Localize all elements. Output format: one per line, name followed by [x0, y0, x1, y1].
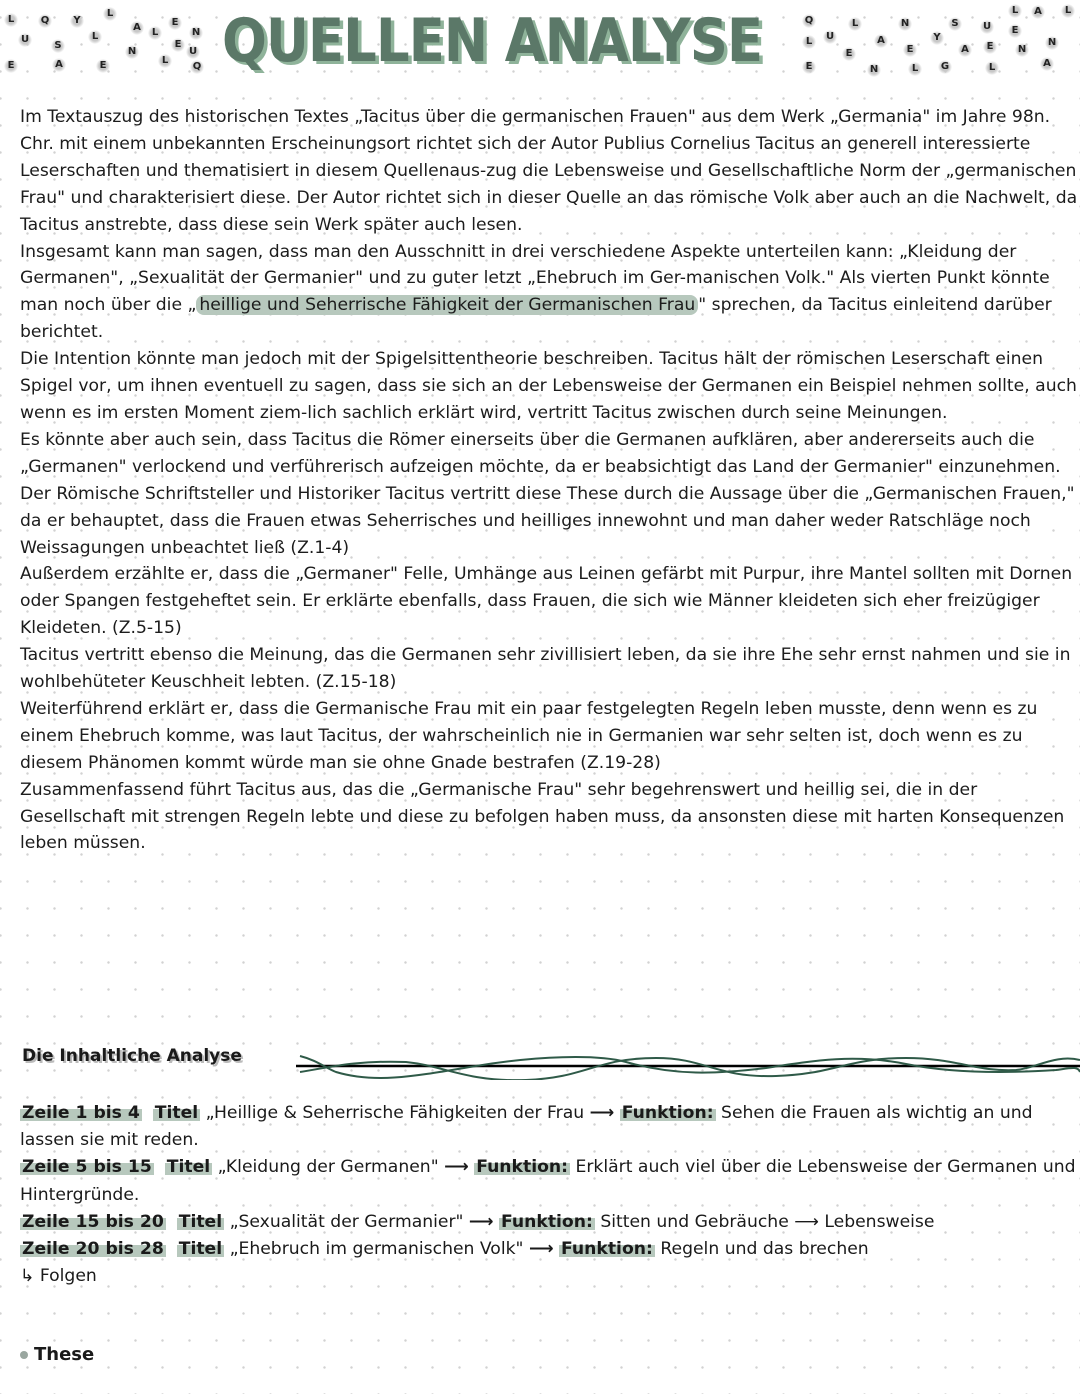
analysis-row: Zeile 20 bis 28 Titel „Ehebruch im germa… — [20, 1236, 1078, 1290]
section-title: „Sexualität der Germanier" — [230, 1212, 464, 1232]
thesis-support-paragraph: Der Römische Schriftsteller und Historik… — [20, 481, 1080, 562]
deco-letter: L — [103, 7, 117, 21]
decorative-letters-right: Q L N S U L A L L U A Y E E E A E N N E … — [800, 0, 1080, 80]
consequence-note: ↳ Folgen — [20, 1266, 97, 1286]
deco-letter: S — [51, 39, 65, 53]
deco-letter: A — [52, 58, 66, 72]
clothing-paragraph: Außerdem erzählte er, dass die „Germaner… — [20, 561, 1080, 642]
analysis-row: Zeile 5 bis 15 Titel „Kleidung der Germa… — [20, 1154, 1078, 1208]
deco-letter: L — [985, 61, 999, 75]
wavy-divider — [296, 1046, 1080, 1080]
deco-letter: E — [903, 43, 917, 57]
highlighted-aspect: heillige und Seherrische Fähigkeit der G… — [196, 295, 698, 315]
function-label: Funktion: — [559, 1239, 655, 1259]
deco-letter: N — [1015, 43, 1029, 57]
deco-letter: E — [842, 47, 856, 61]
source-analysis-text: Im Textauszug des historischen Textes „T… — [20, 104, 1080, 857]
deco-letter: L — [1008, 4, 1022, 18]
deco-letter: U — [186, 45, 200, 59]
arrow-right-icon: ⟶ — [529, 1239, 554, 1259]
deco-letter: A — [1040, 57, 1054, 71]
deco-letter: U — [18, 33, 32, 47]
marriage-paragraph: Tacitus vertritt ebenso die Meinung, das… — [20, 642, 1080, 696]
deco-letter: A — [130, 21, 144, 35]
analysis-row: Zeile 15 bis 20 Titel „Sexualität der Ge… — [20, 1209, 1078, 1236]
function-label: Funktion: — [474, 1157, 570, 1177]
deco-letter: E — [171, 38, 185, 52]
analysis-row: Zeile 1 bis 4 Titel „Heillige & Seherris… — [20, 1100, 1078, 1154]
section-title: „Kleidung der Germanen" — [218, 1157, 439, 1177]
deco-letter: A — [1031, 5, 1045, 19]
deco-letter: N — [1045, 36, 1059, 50]
line-range: Zeile 1 bis 4 — [20, 1103, 142, 1123]
section-title: „Heillige & Seherrische Fähigkeiten der … — [206, 1103, 585, 1123]
deco-letter: G — [938, 60, 952, 74]
intention-paragraph: Die Intention könnte man jedoch mit der … — [20, 346, 1080, 427]
summary-paragraph: Zusammenfassend führt Tacitus aus, das d… — [20, 777, 1080, 858]
title-label: Titel — [177, 1239, 224, 1259]
title-label: Titel — [165, 1157, 212, 1177]
deco-letter: L — [88, 30, 102, 44]
deco-letter: E — [802, 60, 816, 74]
decorative-letters-left: L Q Y L U S L A E L N E E A N E U L Q — [0, 0, 220, 80]
deco-letter: N — [898, 17, 912, 31]
arrow-right-icon: ⟶ — [469, 1212, 494, 1232]
deco-letter: L — [848, 17, 862, 31]
deco-letter: L — [802, 35, 816, 49]
deco-letter: U — [980, 20, 994, 34]
line-range: Zeile 15 bis 20 — [20, 1212, 166, 1232]
deco-letter: E — [168, 16, 182, 30]
deco-letter: E — [96, 59, 110, 73]
page-title: QUELLEN ANALYSE — [222, 6, 762, 76]
deco-letter: L — [148, 26, 162, 40]
deco-letter: A — [874, 34, 888, 48]
arrow-right-icon: ⟶ — [444, 1157, 469, 1177]
deco-letter: Q — [802, 14, 816, 28]
deco-letter: Q — [190, 60, 204, 74]
alternative-intention-paragraph: Es könnte aber auch sein, dass Tacitus d… — [20, 427, 1080, 481]
deco-letter: L — [158, 54, 172, 68]
deco-letter: E — [4, 59, 18, 73]
section-title: „Ehebruch im germanischen Volk" — [230, 1239, 524, 1259]
title-label: Titel — [177, 1212, 224, 1232]
deco-letter: U — [823, 30, 837, 44]
page-header: L Q Y L U S L A E L N E E A N E U L Q QU… — [0, 0, 1080, 90]
deco-letter: N — [867, 63, 881, 77]
arrow-right-icon: ⟶ — [590, 1103, 615, 1123]
section-heading-content-analysis: Die Inhaltliche Analyse — [22, 1046, 242, 1066]
line-range: Zeile 5 bis 15 — [20, 1157, 154, 1177]
deco-letter: L — [1061, 4, 1075, 18]
deco-letter: Y — [930, 31, 944, 45]
thesis-label: These — [34, 1344, 94, 1365]
bullet-dot-icon — [20, 1351, 28, 1359]
deco-letter: E — [1008, 24, 1022, 38]
deco-letter: L — [908, 62, 922, 76]
title-label: Titel — [153, 1103, 200, 1123]
deco-letter: Y — [70, 14, 84, 28]
function-text: Regeln und das brechen — [660, 1239, 868, 1259]
deco-letter: E — [983, 40, 997, 54]
deco-letter: L — [4, 13, 18, 27]
intro-paragraph: Im Textauszug des historischen Textes „T… — [20, 104, 1080, 239]
aspects-paragraph: Insgesamt kann man sagen, dass man den A… — [20, 239, 1080, 347]
function-label: Funktion: — [620, 1103, 716, 1123]
content-analysis-list: Zeile 1 bis 4 Titel „Heillige & Seherris… — [20, 1100, 1078, 1290]
function-text: Sitten und Gebräuche ⟶ Lebensweise — [600, 1212, 934, 1232]
line-range: Zeile 20 bis 28 — [20, 1239, 166, 1259]
function-label: Funktion: — [499, 1212, 595, 1232]
adultery-paragraph: Weiterführend erklärt er, dass die Germa… — [20, 696, 1080, 777]
deco-letter: N — [125, 45, 139, 59]
deco-letter: Q — [38, 14, 52, 28]
deco-letter: A — [958, 43, 972, 57]
thesis-heading: These — [20, 1344, 94, 1365]
deco-letter: N — [189, 26, 203, 40]
deco-letter: S — [948, 17, 962, 31]
